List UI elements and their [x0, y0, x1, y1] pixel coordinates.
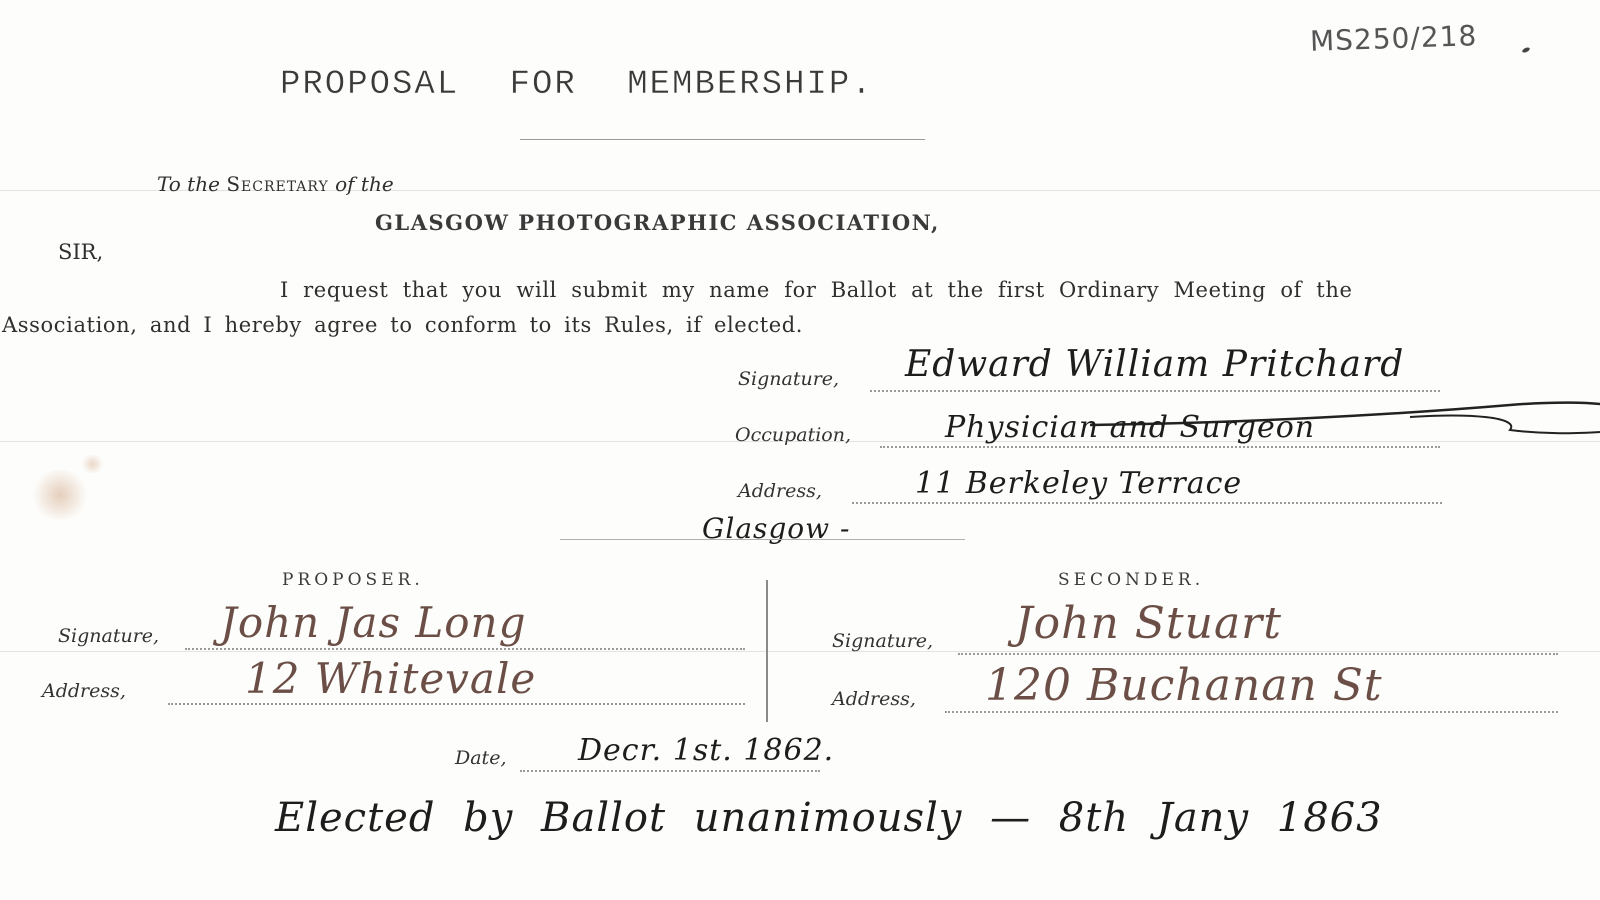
proposer-heading: PROPOSER. [282, 570, 424, 590]
applicant-address-line [852, 502, 1442, 504]
seconder-address-value: 120 Buchanan St [985, 660, 1383, 711]
election-annotation: Elected by Ballot unanimously — 8th Jany… [275, 795, 1383, 841]
proposer-signature-line [185, 648, 745, 650]
manuscript-reference: MS250/218 [1309, 19, 1477, 58]
applicant-signature-line [870, 390, 1440, 392]
applicant-signature-value: Edward William Pritchard [905, 344, 1404, 385]
title-divider [520, 139, 925, 140]
date-line [520, 770, 820, 772]
request-text-line-2: Association, and I hereby agree to confo… [2, 313, 803, 337]
applicant-occupation-line [880, 446, 1440, 448]
paper-stain [80, 455, 105, 473]
section-divider [560, 539, 965, 540]
document-title: PROPOSAL FOR MEMBERSHIP. [280, 66, 874, 104]
seconder-signature-label: Signature, [832, 630, 933, 652]
seconder-heading: SECONDER. [1058, 570, 1204, 590]
proposer-address-line [168, 703, 745, 705]
seconder-signature-value: John Stuart [1015, 598, 1282, 649]
applicant-address-value-line-2: Glasgow - [702, 512, 851, 545]
request-text-line-1: I request that you will submit my name f… [280, 278, 1353, 302]
applicant-occupation-value: Physician and Surgeon [945, 410, 1315, 445]
applicant-occupation-label: Occupation, [735, 424, 851, 446]
association-name: GLASGOW PHOTOGRAPHIC ASSOCIATION, [375, 210, 940, 235]
proposer-address-label: Address, [42, 680, 126, 702]
salutation-sir: SIR, [58, 240, 103, 264]
proposer-signature-label: Signature, [58, 625, 159, 647]
seconder-address-label: Address, [832, 688, 916, 710]
addressee-line: To the Secretary of the [157, 172, 394, 196]
date-value: Decr. 1st. 1862. [578, 733, 834, 768]
of-the-label: of the [335, 172, 394, 196]
paper-stain [30, 470, 90, 520]
to-prefix: To the [157, 172, 220, 196]
paper-fold-line [0, 651, 1600, 652]
applicant-address-label: Address, [738, 480, 822, 502]
ink-mark [1522, 46, 1531, 53]
secretary-label: Secretary [226, 172, 328, 196]
applicant-address-value: 11 Berkeley Terrace [915, 466, 1242, 501]
date-label: Date, [455, 747, 506, 769]
column-separator [766, 580, 768, 722]
seconder-signature-line [958, 653, 1558, 655]
proposer-signature-value: John Jas Long [220, 598, 526, 647]
applicant-signature-label: Signature, [738, 368, 839, 390]
seconder-address-line [945, 711, 1558, 713]
proposer-address-value: 12 Whitevale [245, 654, 536, 703]
